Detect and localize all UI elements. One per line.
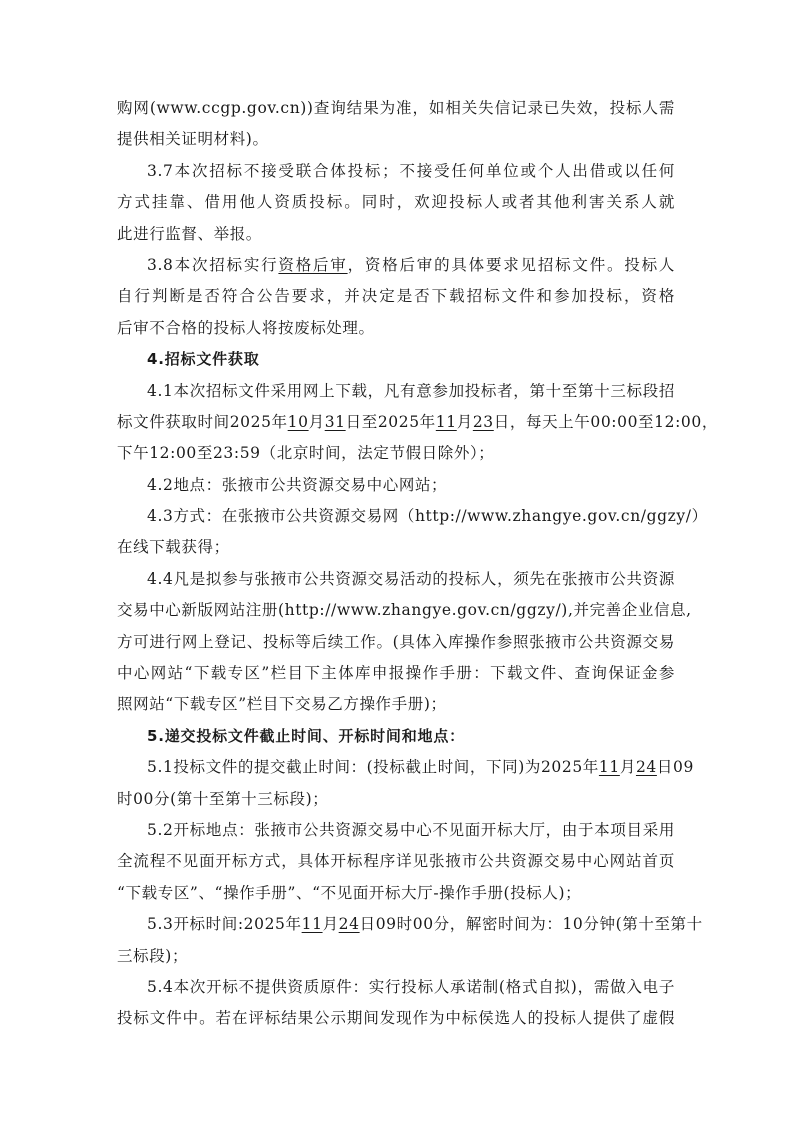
text-segment: 4.4凡是拟参与张掖市公共资源交易活动的投标人，须先在张掖市公共资源 [147, 570, 675, 588]
text-segment: 此进行监督、举报。 [117, 225, 262, 243]
document-page: 购网(www.ccgp.gov.cn))查询结果为准，如相关失信记录已失效，投标… [117, 93, 675, 1035]
paragraph-line: 4.1本次招标文件采用网上下载，凡有意参加投标者，第十至第十三标段招 [117, 376, 675, 407]
text-segment: 日，每天上午00:00至12:00， [494, 413, 718, 431]
text-segment: 5.4本次开标不提供资质原件：实行投标人承诺制(格式自拟)，需做入电子 [147, 978, 675, 996]
underlined-text: 24 [339, 915, 360, 933]
underlined-text: 10 [288, 413, 309, 431]
text-segment: 提供相关证明材料)。 [117, 130, 269, 148]
paragraph-line: 5.2开标地点：张掖市公共资源交易中心不见面开标大厅，由于本项目采用 [117, 815, 675, 846]
paragraph-line: 方式挂靠、借用他人资质投标。同时，欢迎投标人或者其他利害关系人就 [117, 187, 675, 218]
underlined-text: 23 [473, 413, 494, 431]
text-segment: 方可进行网上登记、投标等后续工作。(具体入库操作参照张掖市公共资源交易 [117, 633, 675, 651]
text-segment: ，资格后审的具体要求见招标文件。投标人 [348, 256, 675, 274]
paragraph-line: 3.8本次招标实行资格后审，资格后审的具体要求见招标文件。投标人 [117, 250, 675, 281]
text-segment: 后审不合格的投标人将按废标处理。 [117, 319, 375, 337]
text-segment: 日至2025年 [346, 413, 436, 431]
text-segment: 5.3开标时间:2025年 [147, 915, 302, 933]
underlined-text: 11 [302, 915, 323, 933]
paragraph-line: 时00分(第十至第十三标段)； [117, 784, 675, 815]
text-segment: 月 [457, 413, 473, 431]
paragraph-line: 4.3方式：在张掖市公共资源交易网（http://www.zhangye.gov… [117, 501, 675, 532]
paragraph-line: 投标文件中。若在评标结果公示期间发现作为中标侯选人的投标人提供了虚假 [117, 1003, 675, 1034]
section-heading: 4.招标文件获取 [117, 344, 675, 375]
text-segment: 5.2开标地点：张掖市公共资源交易中心不见面开标大厅，由于本项目采用 [147, 821, 675, 839]
text-segment: 三标段)； [117, 947, 188, 965]
text-segment: 4.2地点：张掖市公共资源交易中心网站； [147, 476, 447, 494]
text-segment: 月 [620, 758, 636, 776]
text-segment: 4.1本次招标文件采用网上下载，凡有意参加投标者，第十至第十三标段招 [147, 382, 675, 400]
text-segment: 4.招标文件获取 [147, 350, 260, 368]
paragraph-line: 全流程不见面开标方式，具体开标程序详见张掖市公共资源交易中心网站首页 [117, 846, 675, 877]
paragraph-line: 提供相关证明材料)。 [117, 124, 675, 155]
underlined-text: 11 [599, 758, 620, 776]
paragraph-line: 购网(www.ccgp.gov.cn))查询结果为准，如相关失信记录已失效，投标… [117, 93, 675, 124]
paragraph-line: 在线下载获得； [117, 532, 675, 563]
paragraph-line: 三标段)； [117, 941, 675, 972]
paragraph-line: 3.7本次招标不接受联合体投标；不接受任何单位或个人出借或以任何 [117, 156, 675, 187]
paragraph-line: 照网站“下载专区”栏目下交易乙方操作手册)； [117, 689, 675, 720]
text-segment: 下午12:00至23:59（北京时间，法定节假日除外）； [117, 444, 494, 462]
text-segment: “下载专区”、“操作手册”、“不见面开标大厅-操作手册(投标人)； [117, 884, 581, 902]
paragraph-line: 此进行监督、举报。 [117, 219, 675, 250]
underlined-text: 24 [636, 758, 657, 776]
paragraph-line: 自行判断是否符合公告要求，并决定是否下载招标文件和参加投标，资格 [117, 281, 675, 312]
underlined-text: 资格后审 [278, 256, 347, 274]
text-segment: 日09时00分，解密时间为：10分钟(第十至第十 [360, 915, 703, 933]
paragraph-line: 后审不合格的投标人将按废标处理。 [117, 313, 675, 344]
text-segment: 5.递交投标文件截止时间、开标时间和地点： [147, 727, 465, 745]
paragraph-line: 下午12:00至23:59（北京时间，法定节假日除外）； [117, 438, 675, 469]
text-segment: 方式挂靠、借用他人资质投标。同时，欢迎投标人或者其他利害关系人就 [117, 193, 675, 211]
text-segment: 在线下载获得； [117, 538, 230, 556]
text-segment: 自行判断是否符合公告要求，并决定是否下载招标文件和参加投标，资格 [117, 287, 675, 305]
paragraph-line: 5.4本次开标不提供资质原件：实行投标人承诺制(格式自拟)，需做入电子 [117, 972, 675, 1003]
text-segment: 月 [323, 915, 339, 933]
text-segment: 交易中心新版网站注册(http://www.zhangye.gov.cn/ggz… [117, 601, 692, 619]
text-segment: 3.7本次招标不接受联合体投标；不接受任何单位或个人出借或以任何 [147, 162, 675, 180]
paragraph-line: “下载专区”、“操作手册”、“不见面开标大厅-操作手册(投标人)； [117, 878, 675, 909]
paragraph-line: 中心网站“下载专区”栏目下主体库申报操作手册：下载文件、查询保证金参 [117, 658, 675, 689]
text-segment: 中心网站“下载专区”栏目下主体库申报操作手册：下载文件、查询保证金参 [117, 664, 675, 682]
text-segment: 日09 [657, 758, 694, 776]
text-segment: 照网站“下载专区”栏目下交易乙方操作手册)； [117, 695, 447, 713]
text-segment: 5.1投标文件的提交截止时间：(投标截止时间，下同)为2025年 [147, 758, 599, 776]
text-segment: 标文件获取时间2025年 [117, 413, 288, 431]
text-segment: 购网(www.ccgp.gov.cn))查询结果为准，如相关失信记录已失效，投标… [117, 99, 675, 117]
paragraph-line: 标文件获取时间2025年10月31日至2025年11月23日，每天上午00:00… [117, 407, 675, 438]
paragraph-line: 方可进行网上登记、投标等后续工作。(具体入库操作参照张掖市公共资源交易 [117, 627, 675, 658]
paragraph-line: 5.3开标时间:2025年11月24日09时00分，解密时间为：10分钟(第十至… [117, 909, 675, 940]
text-segment: 月 [309, 413, 325, 431]
paragraph-line: 5.1投标文件的提交截止时间：(投标截止时间，下同)为2025年11月24日09 [117, 752, 675, 783]
paragraph-line: 4.2地点：张掖市公共资源交易中心网站； [117, 470, 675, 501]
text-segment: 3.8本次招标实行 [147, 256, 278, 274]
section-heading: 5.递交投标文件截止时间、开标时间和地点： [117, 721, 675, 752]
underlined-text: 31 [325, 413, 346, 431]
text-segment: 4.3方式：在张掖市公共资源交易网（http://www.zhangye.gov… [147, 507, 708, 525]
underlined-text: 11 [436, 413, 457, 431]
paragraph-line: 交易中心新版网站注册(http://www.zhangye.gov.cn/ggz… [117, 595, 675, 626]
text-segment: 全流程不见面开标方式，具体开标程序详见张掖市公共资源交易中心网站首页 [117, 852, 675, 870]
text-segment: 时00分(第十至第十三标段)； [117, 790, 328, 808]
paragraph-line: 4.4凡是拟参与张掖市公共资源交易活动的投标人，须先在张掖市公共资源 [117, 564, 675, 595]
text-segment: 投标文件中。若在评标结果公示期间发现作为中标侯选人的投标人提供了虚假 [117, 1009, 675, 1027]
